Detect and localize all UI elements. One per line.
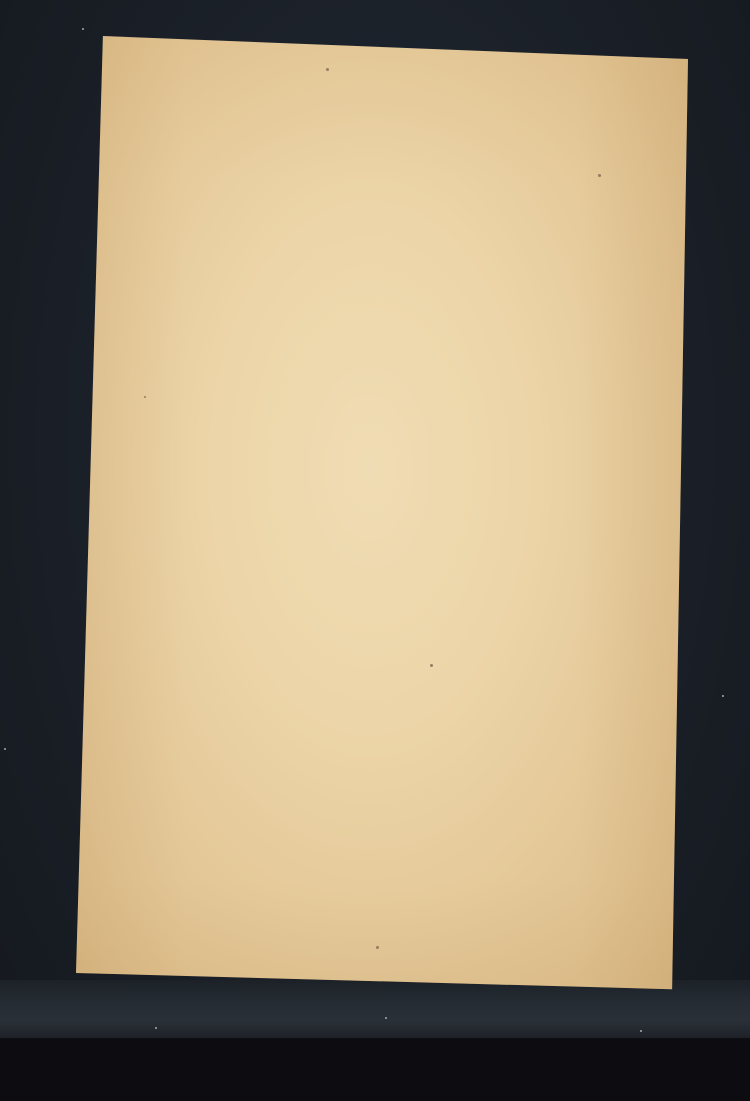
speck <box>430 664 433 667</box>
dust-speck <box>4 748 6 750</box>
dust-speck <box>640 1030 642 1032</box>
blank-card <box>76 36 688 996</box>
scanner-bottom-band <box>0 1038 750 1101</box>
dust-speck <box>82 28 84 30</box>
dust-speck <box>722 695 724 697</box>
dust-speck <box>385 1017 387 1019</box>
speck <box>144 396 146 398</box>
scanner-edge-strip <box>0 980 750 1039</box>
speck <box>326 68 329 71</box>
speck <box>598 174 601 177</box>
speck <box>376 946 379 949</box>
dust-speck <box>155 1027 157 1029</box>
